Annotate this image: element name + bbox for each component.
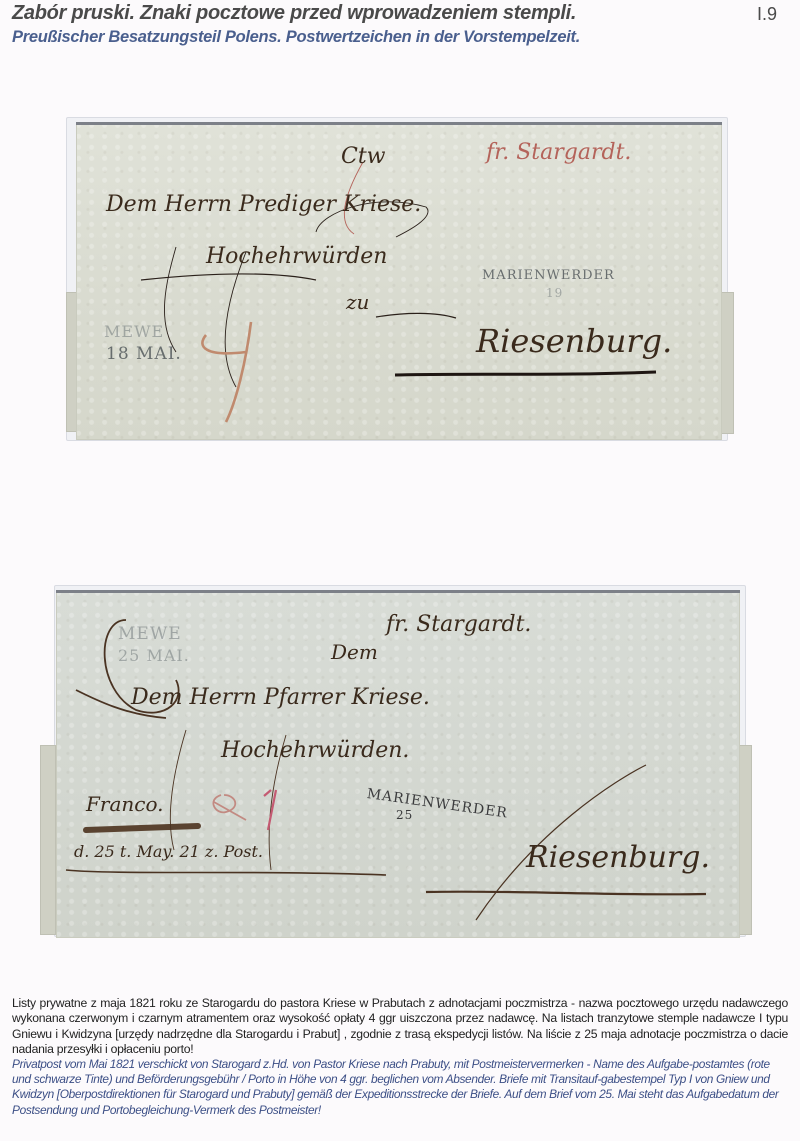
transit-postmark-day: 25	[396, 808, 413, 822]
page-number: I.9	[757, 4, 777, 25]
letter-2-cover: fr. Stargardt. Dem Dem Herrn Pfarrer Kri…	[56, 590, 740, 938]
handwriting-strokes	[76, 122, 722, 440]
page-subtitle: Preußischer Besatzungsteil Polens. Postw…	[12, 28, 580, 47]
address-line-2: Dem Herrn Pfarrer Kriese.	[131, 685, 430, 710]
address-line-1: Ctw	[341, 144, 386, 169]
caption-german: Privatpost vom Mai 1821 verschickt von S…	[12, 1057, 788, 1118]
envelope-flap	[738, 745, 752, 935]
caption-polish: Listy prywatne z maja 1821 roku ze Staro…	[12, 996, 788, 1058]
address-line-4: zu	[346, 290, 369, 314]
origin-postmark-town: MEWE	[118, 624, 182, 644]
address-line-3: Hochehrwürden.	[221, 738, 409, 763]
address-line-3: Hochehrwürden	[206, 244, 387, 269]
transit-postmark-day: 19	[546, 286, 563, 300]
address-line-2: Dem Herrn Prediger Kriese.	[106, 192, 421, 217]
transit-postmark-town: MARIENWERDER	[482, 268, 615, 283]
envelope-flap	[40, 745, 56, 935]
origin-postmark-town: MEWE	[104, 322, 164, 341]
origin-postmark-date: 18 MAI.	[106, 344, 182, 364]
origin-note: fr. Stargardt.	[386, 612, 531, 637]
franco-note: Franco.	[86, 792, 164, 816]
destination: Riesenburg.	[526, 840, 710, 875]
envelope-flap	[720, 292, 734, 434]
origin-note: fr. Stargardt.	[486, 140, 631, 165]
origin-postmark-date: 25 MAI.	[118, 646, 190, 665]
destination: Riesenburg.	[476, 322, 672, 360]
letter-1-cover: Ctw fr. Stargardt. Dem Herrn Prediger Kr…	[76, 122, 722, 440]
date-note: d. 25 t. May. 21 z. Post.	[74, 842, 263, 861]
address-line-1: Dem	[331, 640, 378, 664]
page-title: Zabór pruski. Znaki pocztowe przed wprow…	[12, 2, 576, 25]
